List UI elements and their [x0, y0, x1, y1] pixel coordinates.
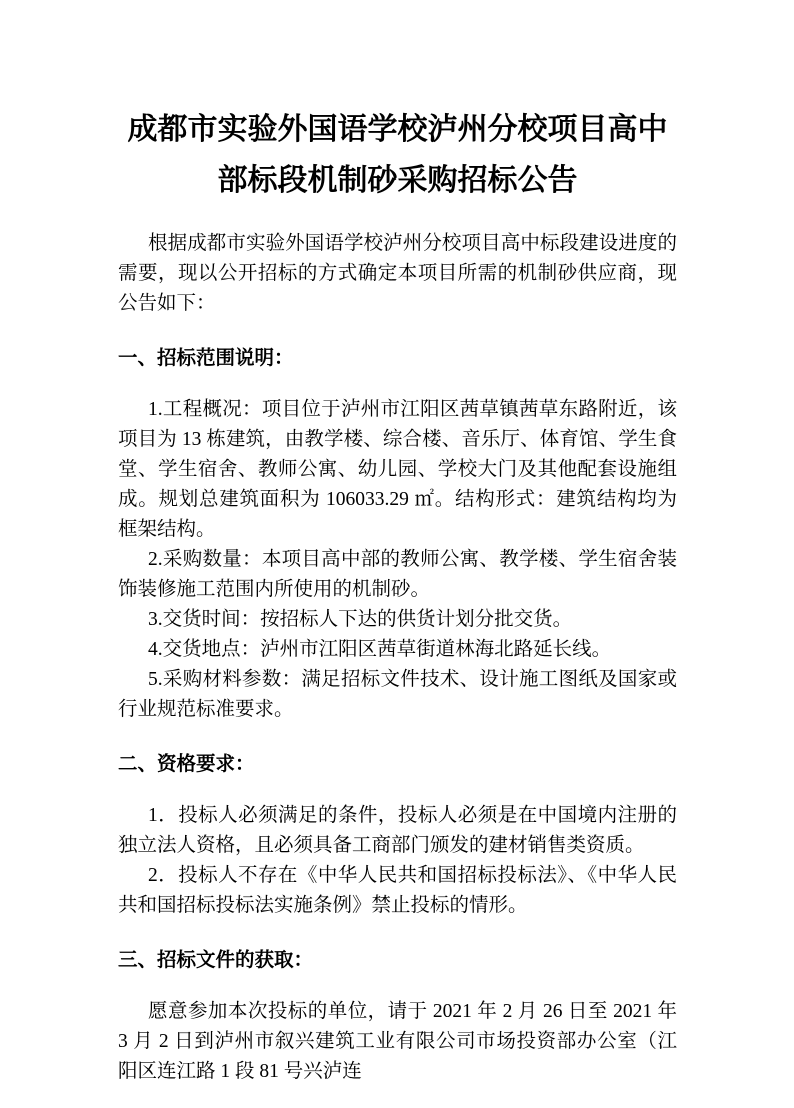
body-paragraph: 2.采购数量：本项目高中部的教师公寓、教学楼、学生宿舍装饰装修施工范围内所使用的… [118, 545, 677, 605]
body-paragraph: 2．投标人不存在《中华人民共和国招标投标法》、《中华人民共和国招标投标法实施条例… [118, 861, 677, 921]
document-section: 一、招标范围说明： 1.工程概况：项目位于泸州市江阳区茜草镇茜草东路附近，该项目… [118, 343, 677, 725]
body-paragraph: 1．投标人必须满足的条件，投标人必须是在中国境内注册的独立法人资格，且必须具备工… [118, 801, 677, 861]
section-heading: 一、招标范围说明： [118, 343, 677, 373]
sections-container: 一、招标范围说明： 1.工程概况：项目位于泸州市江阳区茜草镇茜草东路附近，该项目… [118, 343, 677, 1087]
document-title: 成都市实验外国语学校泸州分校项目高中 部标段机制砂采购招标公告 [118, 104, 677, 206]
document-section: 三、招标文件的获取： 愿意参加本次投标的单位，请于 2021 年 2 月 26 … [118, 945, 677, 1087]
body-paragraph: 1.工程概况：项目位于泸州市江阳区茜草镇茜草东路附近，该项目为 13 栋建筑，由… [118, 395, 677, 545]
section-heading: 三、招标文件的获取： [118, 945, 677, 975]
title-line-1: 成都市实验外国语学校泸州分校项目高中 [118, 104, 677, 155]
section-heading: 二、资格要求： [118, 749, 677, 779]
title-line-2: 部标段机制砂采购招标公告 [118, 155, 677, 206]
intro-paragraph: 根据成都市实验外国语学校泸州分校项目高中标段建设进度的需要，现以公开招标的方式确… [118, 229, 677, 319]
body-paragraph: 4.交货地点：泸州市江阳区茜草街道林海北路延长线。 [118, 635, 677, 665]
body-paragraph: 5.采购材料参数：满足招标文件技术、设计施工图纸及国家或行业规范标准要求。 [118, 665, 677, 725]
body-paragraph: 愿意参加本次投标的单位，请于 2021 年 2 月 26 日至 2021 年 3… [118, 997, 677, 1087]
document-section: 二、资格要求： 1．投标人必须满足的条件，投标人必须是在中国境内注册的独立法人资… [118, 749, 677, 921]
body-paragraph: 3.交货时间：按招标人下达的供货计划分批交货。 [118, 605, 677, 635]
document-page: 成都市实验外国语学校泸州分校项目高中 部标段机制砂采购招标公告 根据成都市实验外… [0, 0, 794, 1108]
